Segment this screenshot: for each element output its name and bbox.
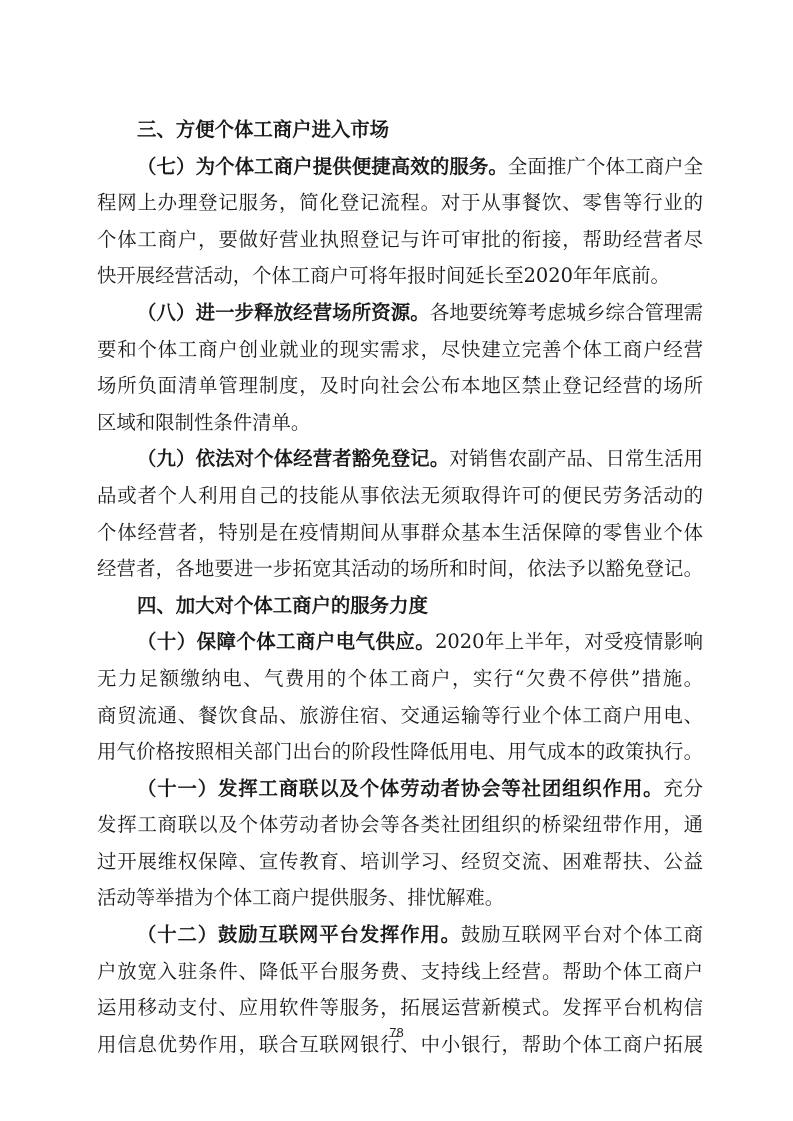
section-heading-4: 四、加大对个体工商户的服务力度 <box>97 588 703 625</box>
document-page: 三、方便个体工商户进入市场 （七）为个体工商户提供便捷高效的服务。全面推广个体工… <box>97 112 703 1063</box>
paragraph-title: （十二）鼓励互联网平台发挥作用。 <box>137 923 461 946</box>
paragraph-title: （十）保障个体工商户电气供应。 <box>137 630 435 653</box>
paragraph-title: （九）依法对个体经营者豁免登记。 <box>137 447 449 470</box>
paragraph-7: （七）为个体工商户提供便捷高效的服务。全面推广个体工商户全 程网上办理登记服务，… <box>97 149 703 295</box>
paragraph-title: （七）为个体工商户提供便捷高效的服务。 <box>137 155 508 178</box>
paragraph-8: （八）进一步释放经营场所资源。各地要统筹考虑城乡综合管理需 要和个体工商户创业就… <box>97 295 703 441</box>
page-number: 78 <box>0 1025 793 1040</box>
section-heading-3: 三、方便个体工商户进入市场 <box>97 112 703 149</box>
paragraph-title: （八）进一步释放经营场所资源。 <box>137 301 430 324</box>
paragraph-9: （九）依法对个体经营者豁免登记。对销售农副产品、日常生活用 品或者个人利用自己的… <box>97 441 703 587</box>
paragraph-10: （十）保障个体工商户电气供应。2020年上半年，对受疫情影响 无力足额缴纳电、气… <box>97 624 703 770</box>
paragraph-11: （十一）发挥工商联以及个体劳动者协会等社团组织作用。充分 发挥工商联以及个体劳动… <box>97 771 703 917</box>
paragraph-12: （十二）鼓励互联网平台发挥作用。鼓励互联网平台对个体工商 户放宽入驻条件、降低平… <box>97 917 703 1063</box>
paragraph-title: （十一）发挥工商联以及个体劳动者协会等社团组织作用。 <box>137 777 663 800</box>
